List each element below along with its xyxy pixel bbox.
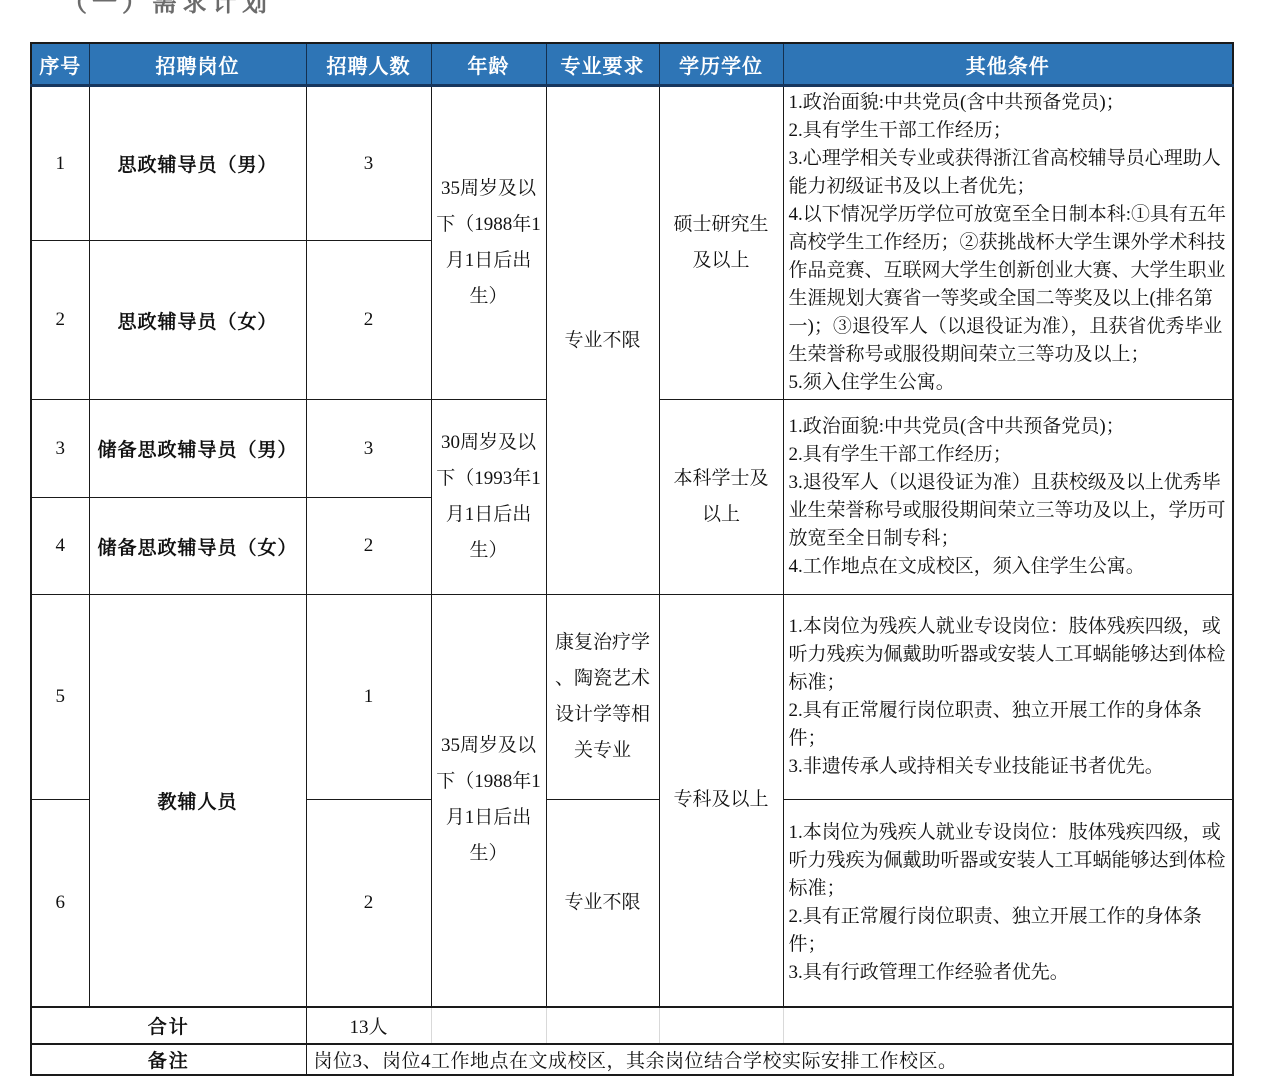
count-cell: 3 [306, 400, 431, 498]
post-cell: 思政辅导员（男） [89, 86, 306, 241]
seq-cell: 2 [31, 241, 89, 400]
count-cell: 2 [306, 241, 431, 400]
seq-cell: 4 [31, 498, 89, 595]
major-cell: 专业不限 [546, 86, 659, 595]
age-cell: 35周岁及以下（1988年1月1日后出生） [431, 86, 546, 400]
total-value-cell: 13人 [306, 1007, 431, 1044]
degree-cell: 专科及以上 [659, 595, 783, 1007]
age-cell: 35周岁及以下（1988年1月1日后出生） [431, 595, 546, 1007]
empty-cell [783, 1007, 1233, 1044]
post-cell: 思政辅导员（女） [89, 241, 306, 400]
conditions-cell: 1.政治面貌:中共党员(含中共预备党员)；2.具有学生干部工作经历；3.退役军人… [783, 400, 1233, 595]
empty-cell [546, 1007, 659, 1044]
post-cell: 储备思政辅导员（男） [89, 400, 306, 498]
page-heading-text: （一）需求计划 [62, 0, 382, 15]
conditions-cell: 1.政治面貌:中共党员(含中共预备党员)；2.具有学生干部工作经历；3.心理学相… [783, 86, 1233, 400]
header-cell-age: 年龄 [431, 43, 546, 86]
header-cell-count: 招聘人数 [306, 43, 431, 86]
degree-cell: 本科学士及以上 [659, 400, 783, 595]
recruitment-table: 序号 招聘岗位 招聘人数 年龄 专业要求 学历学位 其他条件 1 思政辅导员（男… [30, 42, 1234, 1076]
post-cell: 储备思政辅导员（女） [89, 498, 306, 595]
seq-cell: 1 [31, 86, 89, 241]
note-text-cell: 岗位3、岗位4工作地点在文成校区，其余岗位结合学校实际安排工作校区。 [306, 1044, 1233, 1075]
table-row: 1 思政辅导员（男） 3 35周岁及以下（1988年1月1日后出生） 专业不限 … [31, 86, 1233, 241]
header-cell-conditions: 其他条件 [783, 43, 1233, 86]
degree-cell: 硕士研究生及以上 [659, 86, 783, 400]
conditions-cell: 1.本岗位为残疾人就业专设岗位：肢体残疾四级，或听力残疾为佩戴助听器或安装人工耳… [783, 595, 1233, 800]
conditions-cell: 1.本岗位为残疾人就业专设岗位：肢体残疾四级，或听力残疾为佩戴助听器或安装人工耳… [783, 800, 1233, 1007]
count-cell: 2 [306, 800, 431, 1007]
empty-cell [431, 1007, 546, 1044]
header-cell-seq: 序号 [31, 43, 89, 86]
age-cell: 30周岁及以下（1993年1月1日后出生） [431, 400, 546, 595]
page-heading-clipped: （一）需求计划 [62, 0, 382, 15]
major-cell: 康复治疗学、陶瓷艺术设计学等相关专业 [546, 595, 659, 800]
count-cell: 1 [306, 595, 431, 800]
total-row: 合计 13人 [31, 1007, 1233, 1044]
header-row: 序号 招聘岗位 招聘人数 年龄 专业要求 学历学位 其他条件 [31, 43, 1233, 86]
seq-cell: 5 [31, 595, 89, 800]
header-cell-degree: 学历学位 [659, 43, 783, 86]
major-cell: 专业不限 [546, 800, 659, 1007]
count-cell: 3 [306, 86, 431, 241]
post-cell: 教辅人员 [89, 595, 306, 1007]
empty-cell [659, 1007, 783, 1044]
total-label-cell: 合计 [31, 1007, 306, 1044]
table-row: 5 教辅人员 1 35周岁及以下（1988年1月1日后出生） 康复治疗学、陶瓷艺… [31, 595, 1233, 800]
count-cell: 2 [306, 498, 431, 595]
header-cell-post: 招聘岗位 [89, 43, 306, 86]
note-label-cell: 备注 [31, 1044, 306, 1075]
recruitment-table-container: 序号 招聘岗位 招聘人数 年龄 专业要求 学历学位 其他条件 1 思政辅导员（男… [30, 42, 1234, 1076]
header-cell-major: 专业要求 [546, 43, 659, 86]
seq-cell: 6 [31, 800, 89, 1007]
seq-cell: 3 [31, 400, 89, 498]
note-row: 备注 岗位3、岗位4工作地点在文成校区，其余岗位结合学校实际安排工作校区。 [31, 1044, 1233, 1075]
